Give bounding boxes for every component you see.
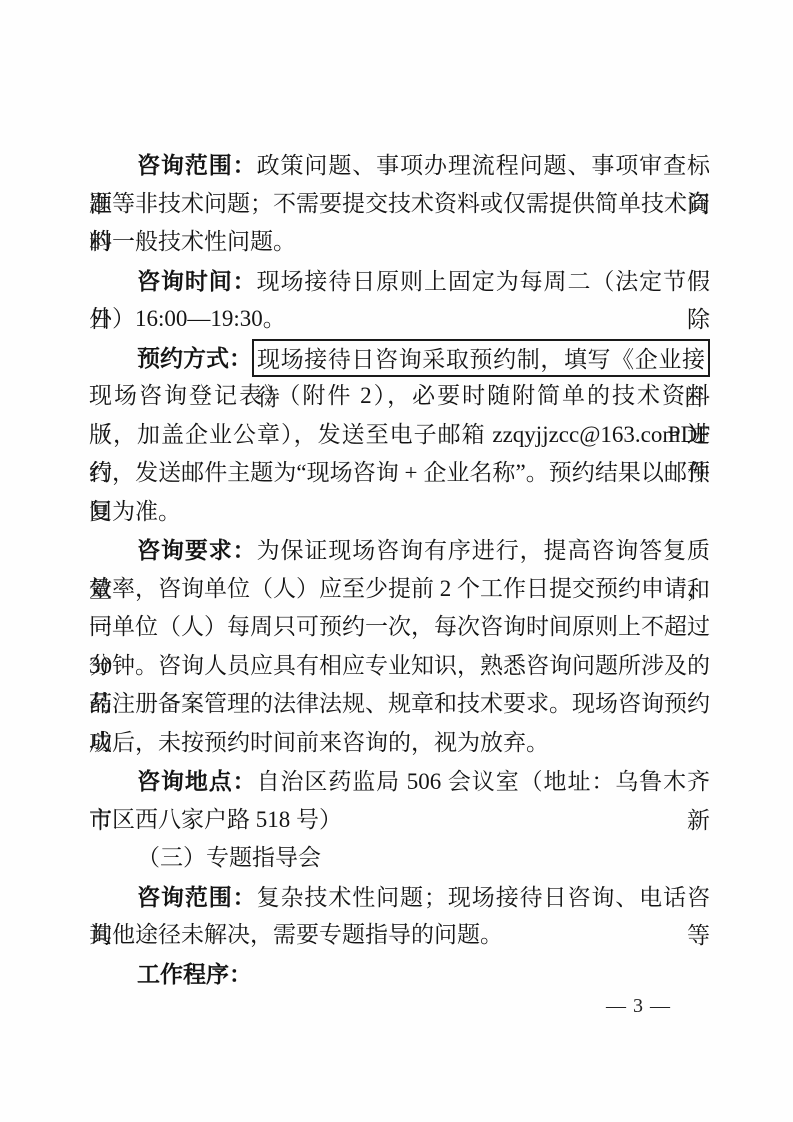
text-line: 分钟。咨询人员应具有相应专业知识，熟悉咨询问题所涉及的药 (89, 647, 710, 686)
paragraph-label: 预约方式： (137, 339, 252, 378)
text-line: 复为准。 (89, 493, 710, 532)
text-line: 咨询范围：政策问题、事项办理流程问题、事项审查标准问 (89, 146, 710, 185)
text-line: 版，加盖企业公章），发送至电子邮箱 zzqyjjzcc@163.com 进行预 (89, 416, 710, 455)
document-body: 咨询范围：政策问题、事项办理流程问题、事项审查标准问题等非技术问题；不需要提交技… (89, 146, 710, 993)
text-line: 咨询范围：复杂技术性问题；现场接待日咨询、电话咨询等 (89, 878, 710, 917)
paragraph-label: 咨询范围： (137, 884, 257, 910)
boxed-text: 现场接待日咨询采取预约制，填写《企业接待日 (252, 339, 710, 378)
text-line: 咨询地点：自治区药监局 506 会议室（地址：乌鲁木齐市新 (89, 762, 710, 801)
text-segment: 的一般技术性问题。 (89, 229, 296, 254)
document-page: 咨询范围：政策问题、事项办理流程问题、事项审查标准问题等非技术问题；不需要提交技… (0, 0, 793, 1122)
text-segment: 复为准。 (89, 499, 181, 524)
text-line: 一单位（人）每周只可预约一次，每次咨询时间原则上不超过 30 (89, 608, 710, 647)
page-number: — 3 — (606, 995, 671, 1018)
paragraph-label: 咨询时间： (137, 268, 257, 294)
text-line: 的一般技术性问题。 (89, 223, 710, 262)
text-line: 咨询要求：为保证现场咨询有序进行，提高咨询答复质量和 (89, 531, 710, 570)
paragraph-label: 咨询地点： (137, 768, 257, 794)
text-line: 预约方式：现场接待日咨询采取预约制，填写《企业接待日 (89, 339, 710, 378)
text-line: 题等非技术问题；不需要提交技术资料或仅需提供简单技术资料 (89, 185, 710, 224)
text-segment: （三）专题指导会 (137, 845, 321, 870)
text-line: （三）专题指导会 (89, 839, 710, 878)
text-segment: 外）16:00—19:30。 (89, 306, 286, 331)
paragraph-label: 咨询要求： (137, 537, 257, 563)
paragraph-label: 工作程序： (137, 961, 252, 987)
text-line: 工作程序： (89, 955, 710, 994)
text-line: 现场咨询登记表》（附件 2），必要时随附简单的技术资料（PDF (89, 377, 710, 416)
text-line: 功后，未按预约时间前来咨询的，视为放弃。 (89, 724, 710, 763)
paragraph-label: 咨询范围： (137, 152, 257, 178)
text-line: 效率，咨询单位（人）应至少提前 2 个工作日提交预约申请，同 (89, 570, 710, 609)
text-line: 咨询时间：现场接待日原则上固定为每周二（法定节假日除 (89, 262, 710, 301)
text-segment: 功后，未按预约时间前来咨询的，视为放弃。 (89, 730, 549, 755)
text-line: 约，发送邮件主题为“现场咨询 + 企业名称”。预约结果以邮件回 (89, 454, 710, 493)
text-segment: 其他途径未解决，需要专题指导的问题。 (89, 922, 503, 947)
text-line: 品注册备案管理的法律法规、规章和技术要求。现场咨询预约成 (89, 685, 710, 724)
text-segment: 市区西八家户路 518 号） (89, 807, 342, 832)
